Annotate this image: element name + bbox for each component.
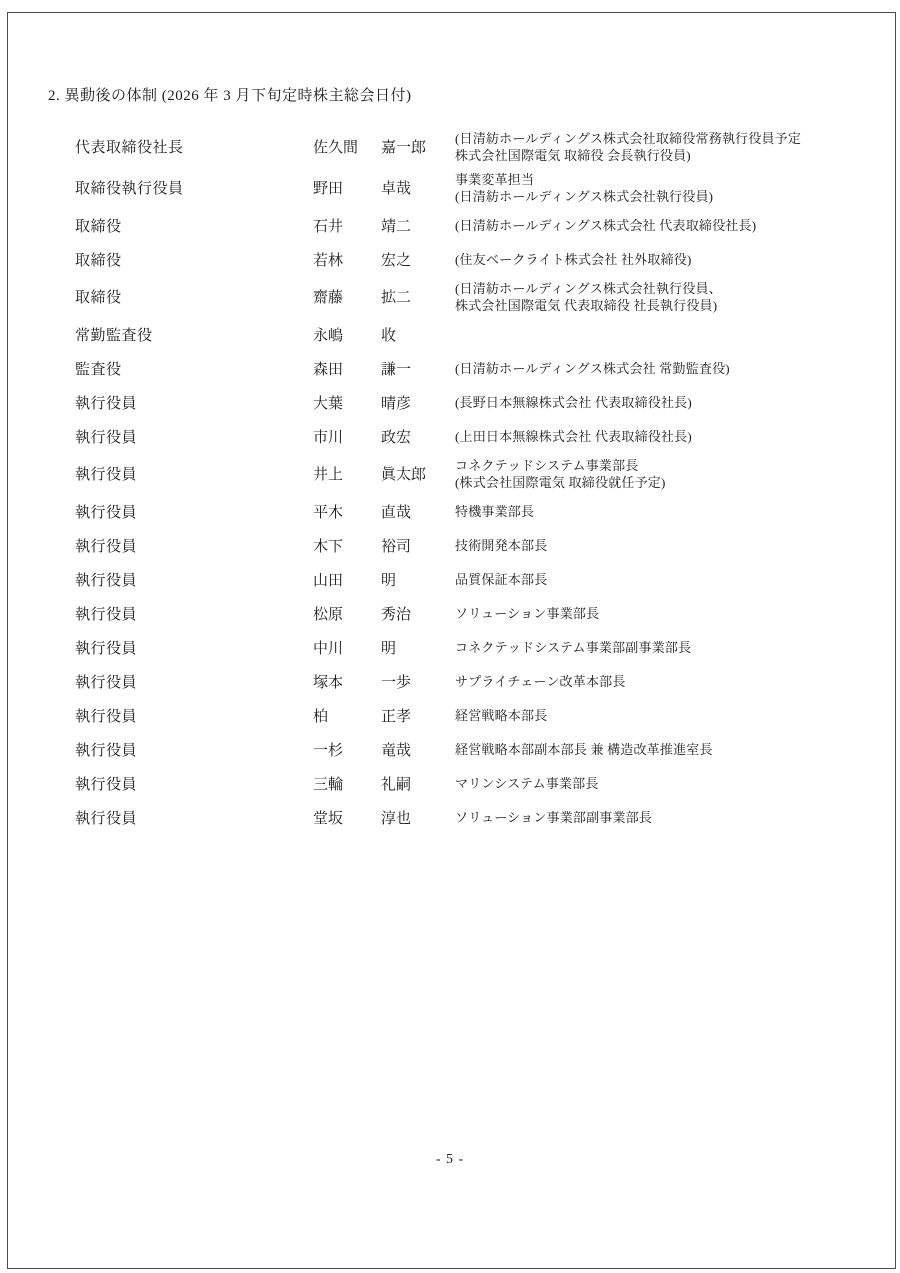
family-name: 井上 bbox=[313, 463, 381, 484]
role-note-line: (長野日本無線株式会社 代表取締役社長) bbox=[455, 394, 862, 411]
roster-row: 執行役員 三輪 礼嗣 マリンシステム事業部長 bbox=[75, 766, 862, 800]
given-name: 明 bbox=[381, 569, 455, 590]
role-note-line: (日清紡ホールディングス株式会社 常勤監査役) bbox=[455, 360, 862, 377]
position-title: 執行役員 bbox=[75, 535, 313, 556]
role-note-line: (日清紡ホールディングス株式会社取締役常務執行役員予定 bbox=[455, 130, 862, 147]
role-note-line: 技術開発本部長 bbox=[455, 537, 862, 554]
role-note-line: マリンシステム事業部長 bbox=[455, 775, 862, 792]
family-name: 柏 bbox=[313, 705, 381, 726]
family-name: 齋藤 bbox=[313, 286, 381, 307]
role-note: (住友ベークライト株式会社 社外取締役) bbox=[455, 251, 862, 268]
position-title: 執行役員 bbox=[75, 637, 313, 658]
role-note-line: (日清紡ホールディングス株式会社 代表取締役社長) bbox=[455, 217, 862, 234]
family-name: 永嶋 bbox=[313, 324, 381, 345]
family-name: 三輪 bbox=[313, 773, 381, 794]
roster-row: 執行役員 塚本 一歩 サプライチェーン改革本部長 bbox=[75, 664, 862, 698]
role-note: (長野日本無線株式会社 代表取締役社長) bbox=[455, 394, 862, 411]
role-note: (日清紡ホールディングス株式会社 常勤監査役) bbox=[455, 360, 862, 377]
position-title: 執行役員 bbox=[75, 739, 313, 760]
roster-row: 執行役員 井上 眞太郎 コネクテッドシステム事業部長(株式会社国際電気 取締役就… bbox=[75, 453, 862, 494]
roster-row: 執行役員 一杉 竜哉 経営戦略本部副本部長 兼 構造改革推進室長 bbox=[75, 732, 862, 766]
roster-row: 執行役員 平木 直哉 特機事業部長 bbox=[75, 494, 862, 528]
role-note-line: (上田日本無線株式会社 代表取締役社長) bbox=[455, 428, 862, 445]
role-note: (上田日本無線株式会社 代表取締役社長) bbox=[455, 428, 862, 445]
role-note: 経営戦略本部副本部長 兼 構造改革推進室長 bbox=[455, 741, 862, 758]
role-note: 技術開発本部長 bbox=[455, 537, 862, 554]
given-name: 裕司 bbox=[381, 535, 455, 556]
role-note-line: ソリューション事業部長 bbox=[455, 605, 862, 622]
position-title: 執行役員 bbox=[75, 463, 313, 484]
family-name: 山田 bbox=[313, 569, 381, 590]
role-note: 特機事業部長 bbox=[455, 503, 862, 520]
role-note-line: 経営戦略本部長 bbox=[455, 707, 862, 724]
family-name: 佐久間 bbox=[313, 136, 381, 157]
role-note: (日清紡ホールディングス株式会社執行役員、株式会社国際電気 代表取締役 社長執行… bbox=[455, 280, 862, 314]
roster-row: 監査役 森田 謙一 (日清紡ホールディングス株式会社 常勤監査役) bbox=[75, 351, 862, 385]
role-note-line: (株式会社国際電気 取締役就任予定) bbox=[455, 474, 862, 491]
given-name: 晴彦 bbox=[381, 392, 455, 413]
given-name: 宏之 bbox=[381, 249, 455, 270]
family-name: 森田 bbox=[313, 358, 381, 379]
roster: 代表取締役社長 佐久間 嘉一郎 (日清紡ホールディングス株式会社取締役常務執行役… bbox=[75, 126, 862, 834]
role-note-line: コネクテッドシステム事業部長 bbox=[455, 457, 862, 474]
family-name: 市川 bbox=[313, 426, 381, 447]
role-note: ソリューション事業部長 bbox=[455, 605, 862, 622]
role-note-line: 株式会社国際電気 代表取締役 社長執行役員) bbox=[455, 297, 862, 314]
role-note-line: (日清紡ホールディングス株式会社執行役員、 bbox=[455, 280, 862, 297]
role-note: 事業変革担当(日清紡ホールディングス株式会社執行役員) bbox=[455, 171, 862, 205]
roster-row: 執行役員 堂坂 淳也 ソリューション事業部副事業部長 bbox=[75, 800, 862, 834]
position-title: 取締役 bbox=[75, 286, 313, 307]
roster-row: 執行役員 柏 正孝 経営戦略本部長 bbox=[75, 698, 862, 732]
given-name: 眞太郎 bbox=[381, 463, 455, 484]
roster-row: 取締役執行役員 野田 卓哉 事業変革担当(日清紡ホールディングス株式会社執行役員… bbox=[75, 167, 862, 208]
role-note-line: 事業変革担当 bbox=[455, 171, 862, 188]
role-note-line: 品質保証本部長 bbox=[455, 571, 862, 588]
given-name: 竜哉 bbox=[381, 739, 455, 760]
given-name: 秀治 bbox=[381, 603, 455, 624]
role-note: コネクテッドシステム事業部長(株式会社国際電気 取締役就任予定) bbox=[455, 457, 862, 491]
roster-row: 取締役 若林 宏之 (住友ベークライト株式会社 社外取締役) bbox=[75, 242, 862, 276]
role-note-line: (日清紡ホールディングス株式会社執行役員) bbox=[455, 188, 862, 205]
given-name: 卓哉 bbox=[381, 177, 455, 198]
position-title: 執行役員 bbox=[75, 501, 313, 522]
position-title: 監査役 bbox=[75, 358, 313, 379]
given-name: 直哉 bbox=[381, 501, 455, 522]
given-name: 正孝 bbox=[381, 705, 455, 726]
page-number: - 5 - bbox=[0, 1152, 900, 1168]
document-page: 2. 異動後の体制 (2026 年 3 月下旬定時株主総会日付) 代表取締役社長… bbox=[0, 0, 900, 1273]
family-name: 堂坂 bbox=[313, 807, 381, 828]
role-note: (日清紡ホールディングス株式会社 代表取締役社長) bbox=[455, 217, 862, 234]
position-title: 執行役員 bbox=[75, 773, 313, 794]
position-title: 執行役員 bbox=[75, 392, 313, 413]
role-note: 品質保証本部長 bbox=[455, 571, 862, 588]
given-name: 淳也 bbox=[381, 807, 455, 828]
roster-row: 取締役 石井 靖二 (日清紡ホールディングス株式会社 代表取締役社長) bbox=[75, 208, 862, 242]
family-name: 野田 bbox=[313, 177, 381, 198]
roster-row: 執行役員 中川 明 コネクテッドシステム事業部副事業部長 bbox=[75, 630, 862, 664]
given-name: 礼嗣 bbox=[381, 773, 455, 794]
position-title: 取締役執行役員 bbox=[75, 177, 313, 198]
roster-row: 執行役員 山田 明 品質保証本部長 bbox=[75, 562, 862, 596]
position-title: 常勤監査役 bbox=[75, 324, 313, 345]
family-name: 若林 bbox=[313, 249, 381, 270]
given-name: 明 bbox=[381, 637, 455, 658]
role-note: マリンシステム事業部長 bbox=[455, 775, 862, 792]
family-name: 松原 bbox=[313, 603, 381, 624]
family-name: 石井 bbox=[313, 215, 381, 236]
role-note-line: (住友ベークライト株式会社 社外取締役) bbox=[455, 251, 862, 268]
roster-row: 執行役員 市川 政宏 (上田日本無線株式会社 代表取締役社長) bbox=[75, 419, 862, 453]
roster-row: 代表取締役社長 佐久間 嘉一郎 (日清紡ホールディングス株式会社取締役常務執行役… bbox=[75, 126, 862, 167]
family-name: 木下 bbox=[313, 535, 381, 556]
position-title: 執行役員 bbox=[75, 426, 313, 447]
given-name: 謙一 bbox=[381, 358, 455, 379]
given-name: 靖二 bbox=[381, 215, 455, 236]
position-title: 取締役 bbox=[75, 249, 313, 270]
position-title: 執行役員 bbox=[75, 807, 313, 828]
role-note-line: ソリューション事業部副事業部長 bbox=[455, 809, 862, 826]
position-title: 執行役員 bbox=[75, 671, 313, 692]
position-title: 代表取締役社長 bbox=[75, 136, 313, 157]
given-name: 政宏 bbox=[381, 426, 455, 447]
family-name: 平木 bbox=[313, 501, 381, 522]
roster-row: 執行役員 大葉 晴彦 (長野日本無線株式会社 代表取締役社長) bbox=[75, 385, 862, 419]
position-title: 執行役員 bbox=[75, 603, 313, 624]
role-note-line: 特機事業部長 bbox=[455, 503, 862, 520]
family-name: 一杉 bbox=[313, 739, 381, 760]
given-name: 嘉一郎 bbox=[381, 136, 455, 157]
roster-row: 執行役員 木下 裕司 技術開発本部長 bbox=[75, 528, 862, 562]
family-name: 中川 bbox=[313, 637, 381, 658]
section-heading: 2. 異動後の体制 (2026 年 3 月下旬定時株主総会日付) bbox=[48, 84, 412, 105]
given-name: 一歩 bbox=[381, 671, 455, 692]
role-note: ソリューション事業部副事業部長 bbox=[455, 809, 862, 826]
role-note-line: 経営戦略本部副本部長 兼 構造改革推進室長 bbox=[455, 741, 862, 758]
role-note-line: コネクテッドシステム事業部副事業部長 bbox=[455, 639, 862, 656]
family-name: 大葉 bbox=[313, 392, 381, 413]
role-note-line: 株式会社国際電気 取締役 会長執行役員) bbox=[455, 147, 862, 164]
roster-row: 取締役 齋藤 拡二 (日清紡ホールディングス株式会社執行役員、株式会社国際電気 … bbox=[75, 276, 862, 317]
role-note-line: サプライチェーン改革本部長 bbox=[455, 673, 862, 690]
position-title: 執行役員 bbox=[75, 705, 313, 726]
role-note: 経営戦略本部長 bbox=[455, 707, 862, 724]
role-note: (日清紡ホールディングス株式会社取締役常務執行役員予定株式会社国際電気 取締役 … bbox=[455, 130, 862, 164]
role-note: コネクテッドシステム事業部副事業部長 bbox=[455, 639, 862, 656]
position-title: 執行役員 bbox=[75, 569, 313, 590]
given-name: 拡二 bbox=[381, 286, 455, 307]
roster-row: 常勤監査役 永嶋 收 bbox=[75, 317, 862, 351]
given-name: 收 bbox=[381, 324, 455, 345]
position-title: 取締役 bbox=[75, 215, 313, 236]
family-name: 塚本 bbox=[313, 671, 381, 692]
role-note: サプライチェーン改革本部長 bbox=[455, 673, 862, 690]
roster-row: 執行役員 松原 秀治 ソリューション事業部長 bbox=[75, 596, 862, 630]
